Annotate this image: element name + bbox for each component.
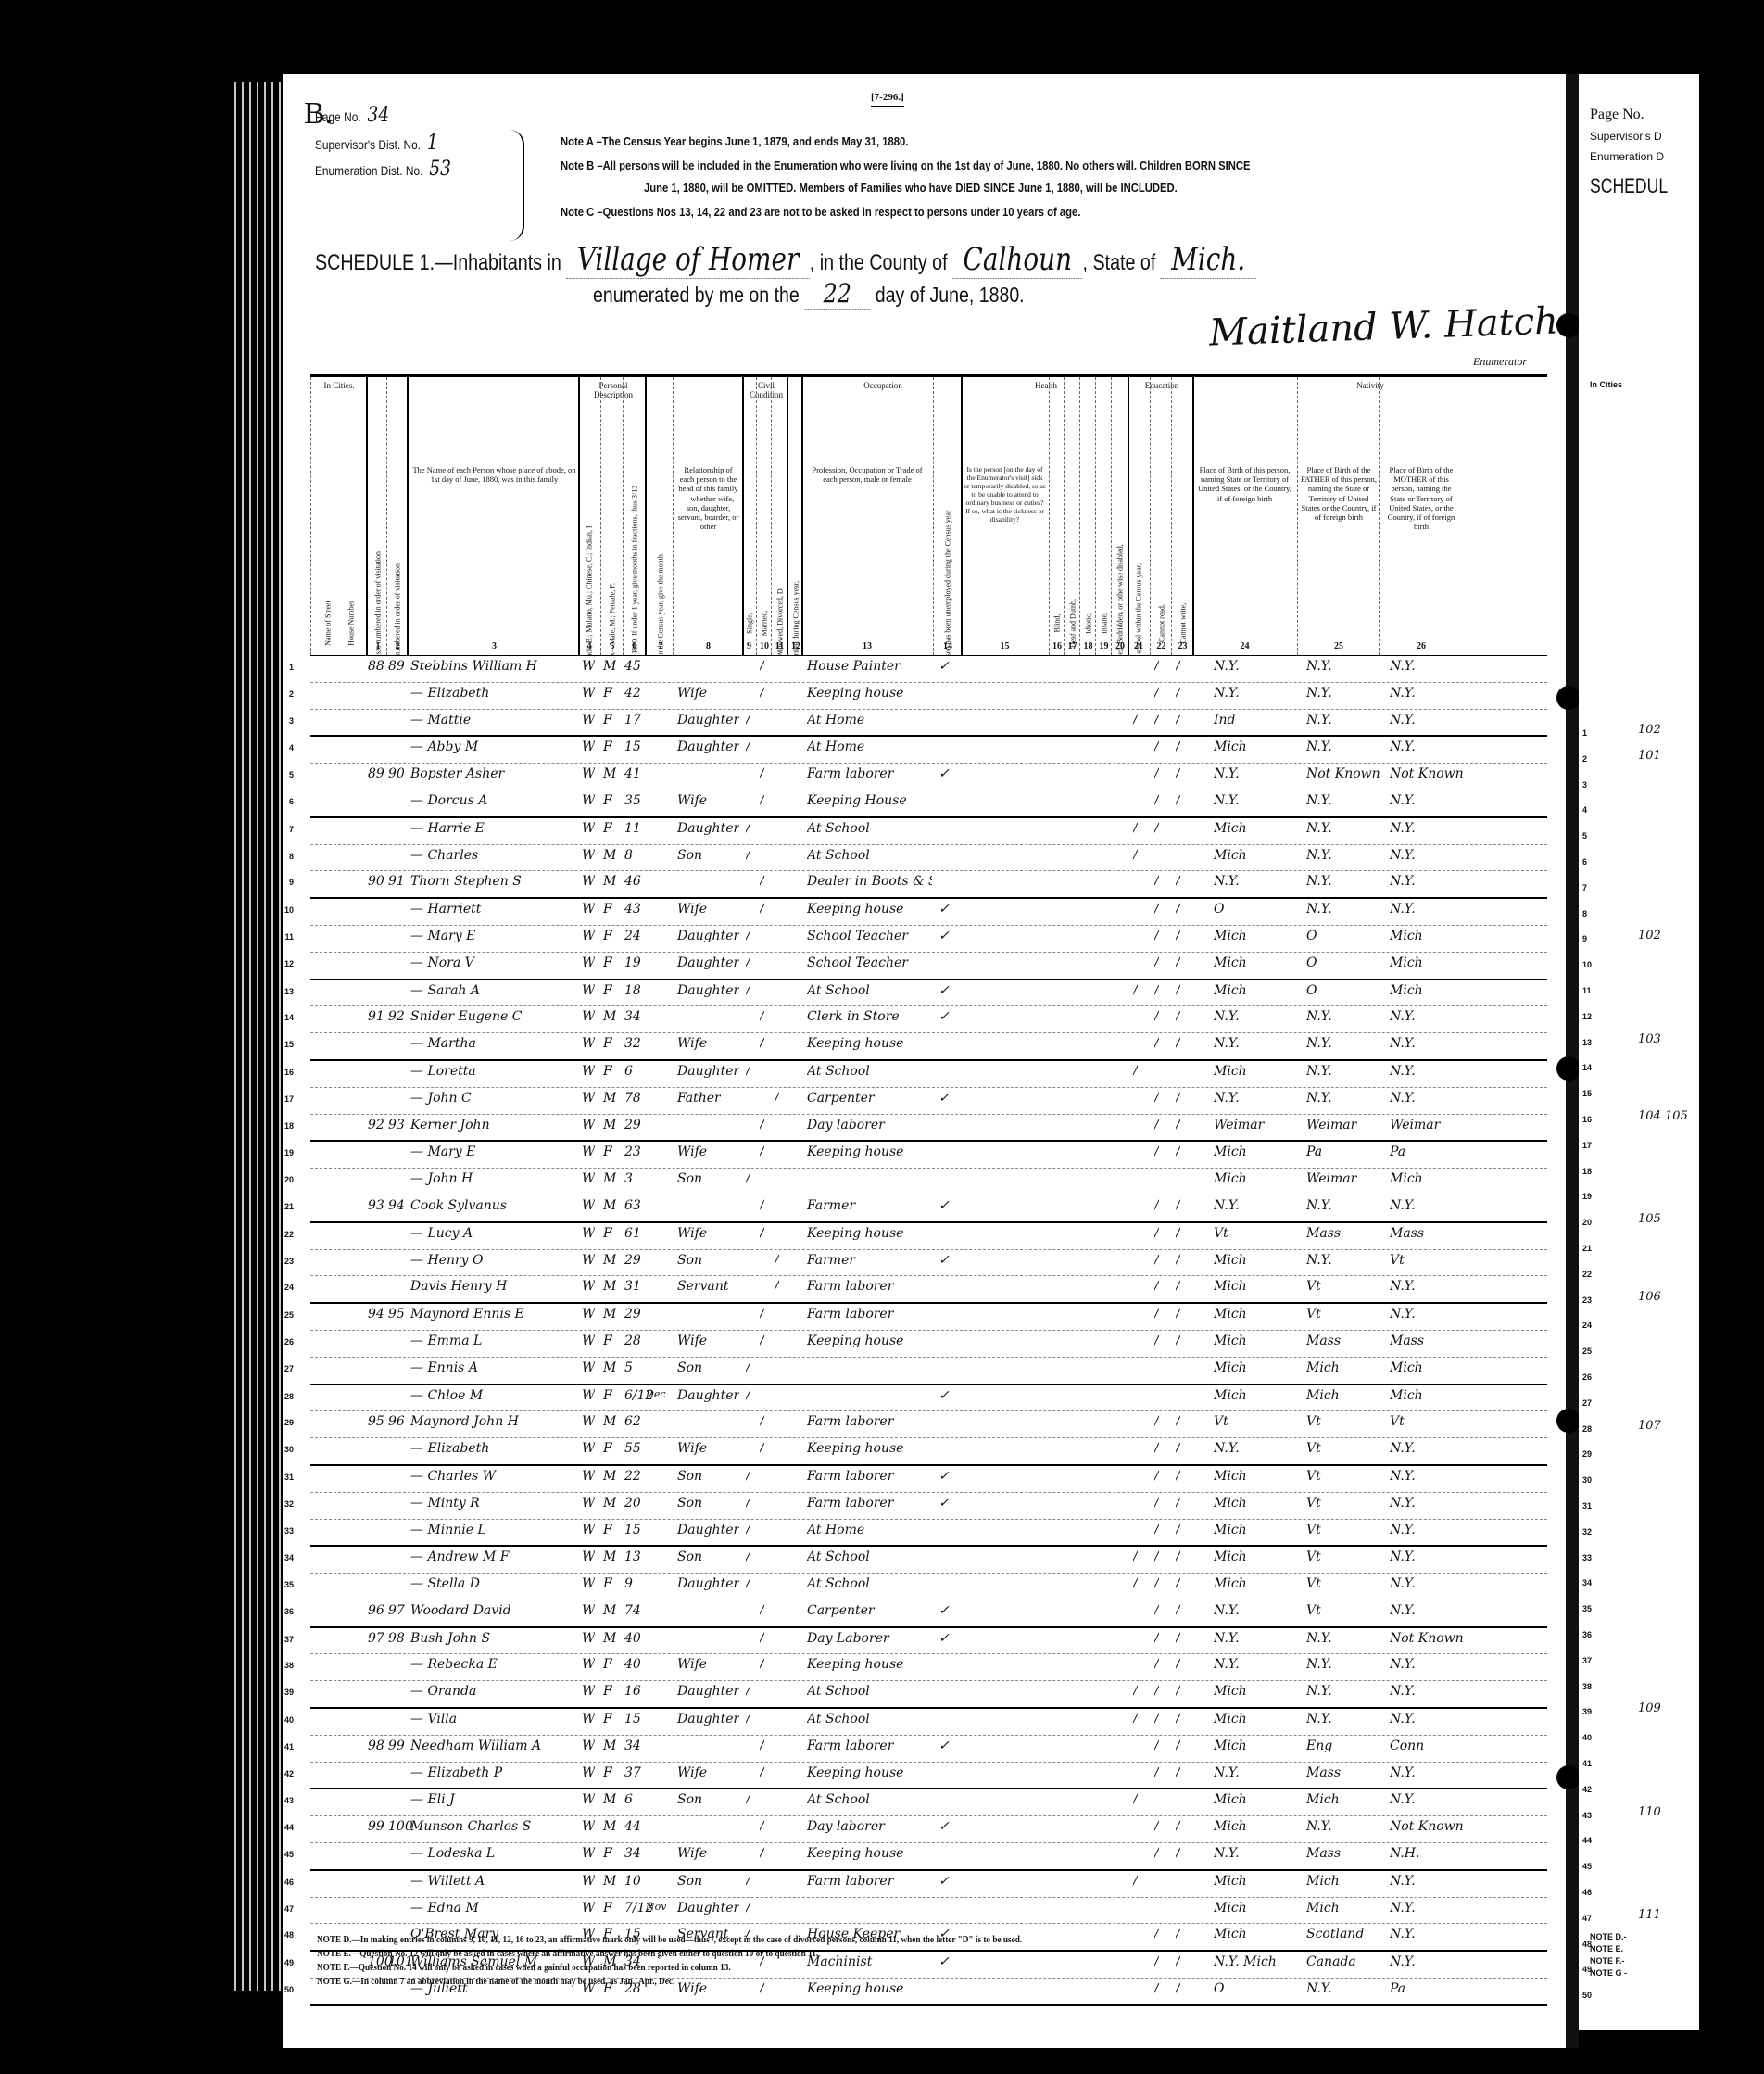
table-row: 35— Stella DWF9Daughter/At School///Mich…: [310, 1574, 1547, 1600]
age-header: Age at last birthday prior to June 1, 18…: [631, 486, 639, 655]
relationship-value: Wife: [677, 1226, 707, 1241]
relationship-value: Daughter: [677, 1523, 739, 1537]
birthplace-value: Weimar: [1214, 1118, 1292, 1132]
father-birthplace-value: N.Y.: [1306, 686, 1385, 701]
form-number: [7-296.]: [871, 92, 904, 107]
table-row: 11— Mary EWF24Daughter/School Teacher✓//…: [310, 926, 1547, 953]
col-20-maimed: Maimed, Crippled, Bedridden, or otherwis…: [1111, 377, 1128, 655]
mother-birthplace-value: N.Y.: [1390, 1549, 1468, 1564]
next-page-line-number: 29: [1582, 1449, 1592, 1459]
school-mark: /: [1133, 1064, 1138, 1079]
school-mark: /: [1133, 848, 1138, 863]
occupation-value: At School: [807, 848, 932, 863]
person-name: Stebbins William H: [410, 659, 577, 674]
next-page-line-number: 47: [1582, 1914, 1592, 1923]
cannot-read-mark: /: [1154, 1576, 1159, 1591]
single-mark: /: [746, 821, 750, 836]
mother-birthplace-value: N.Y.: [1390, 1279, 1468, 1294]
cannot-read-mark: /: [1154, 1603, 1159, 1618]
birthplace-value: N.Y.: [1214, 1657, 1292, 1672]
single-mark: /: [746, 1064, 750, 1079]
mother-birthplace-value: Pa: [1390, 1144, 1468, 1159]
mother-birthplace-value: Conn: [1390, 1739, 1468, 1753]
col-num: 5: [601, 641, 624, 651]
next-enumeration-label: Enumeration D: [1590, 150, 1664, 163]
born-month-value: Dec: [646, 1388, 666, 1400]
birthplace-value: N.Y.: [1214, 766, 1292, 781]
person-name: — Mary E: [410, 929, 577, 943]
line-number: 31: [275, 1473, 294, 1482]
relationship-value: Wife: [677, 1765, 707, 1780]
married-mark: /: [760, 1334, 764, 1348]
next-page-line-number: 4: [1582, 805, 1587, 815]
single-header: Single,: [745, 613, 753, 633]
birthplace-value: Mich: [1214, 1819, 1292, 1834]
maimed-header: Maimed, Crippled, Bedridden, or otherwis…: [1116, 544, 1125, 655]
cannot-read-mark: /: [1154, 1657, 1159, 1672]
next-note-f: NOTE F.-: [1590, 1956, 1625, 1966]
relationship-value: Servant: [677, 1279, 728, 1294]
cannot-write-mark: /: [1176, 713, 1180, 727]
birthplace-value: Mich: [1214, 1712, 1292, 1726]
father-birthplace-value: Vt: [1306, 1496, 1385, 1511]
age-value: 78: [624, 1091, 641, 1106]
unemployed-mark: ✓: [939, 766, 950, 781]
cannot-write-mark: /: [1176, 929, 1180, 943]
relationship-value: Wife: [677, 1036, 707, 1051]
col-1-dwelling: Dwelling houses numbered in order of vis…: [366, 377, 388, 655]
father-birthplace-value: O: [1306, 983, 1385, 998]
table-row: 4— Abby MWF15Daughter/At Home//MichN.Y.N…: [310, 737, 1547, 764]
birthplace-value: Mich: [1214, 1307, 1292, 1322]
birthplace-value: O: [1214, 1981, 1292, 1996]
age-value: 31: [624, 1279, 641, 1294]
mother-birthplace-value: Mich: [1390, 1360, 1468, 1375]
col-num: 26: [1380, 641, 1463, 651]
relationship-value: Son: [677, 1171, 702, 1186]
unemployed-mark: ✓: [939, 1874, 950, 1889]
single-mark: /: [746, 740, 750, 754]
color-value: W: [582, 874, 595, 889]
mother-birthplace-value: Mich: [1390, 1171, 1468, 1186]
col-4-color: Color—White, W.; Black, B.; Mulatto, Mu.…: [578, 377, 600, 655]
line-number: 34: [275, 1553, 294, 1562]
father-birthplace-value: Vt: [1306, 1603, 1385, 1618]
birthplace-value: N.Y.: [1214, 1198, 1292, 1213]
occupation-value: Keeping house: [807, 1036, 932, 1051]
col-21-school: Attended school within the Census year,2…: [1128, 377, 1150, 655]
enumerator-label: Enumerator: [1473, 355, 1527, 369]
occupation-value: At School: [807, 1792, 932, 1807]
col-num: 20: [1112, 641, 1128, 651]
mother-birthplace-value: N.Y.: [1390, 848, 1468, 863]
col-13-occupation: Profession, Occupation or Trade of each …: [801, 377, 933, 655]
color-value: W: [582, 983, 595, 998]
table-row: 27— Ennis AWM5Son/MichMichMich: [310, 1358, 1547, 1385]
line-number: 33: [275, 1526, 294, 1536]
father-birthplace-value: N.Y.: [1306, 1712, 1385, 1726]
single-mark: /: [746, 983, 750, 998]
line-number: 26: [275, 1337, 294, 1347]
person-name: — Emma L: [410, 1334, 577, 1348]
line-number: 22: [275, 1230, 294, 1239]
next-note-e: NOTE E.: [1590, 1944, 1623, 1954]
father-birthplace-value: Weimar: [1306, 1171, 1385, 1186]
father-birthplace-value: N.Y.: [1306, 902, 1385, 917]
birthplace-value: Mich: [1214, 1171, 1292, 1186]
father-birthplace-value: N.Y.: [1306, 1253, 1385, 1268]
next-page-line-number: 24: [1582, 1321, 1592, 1330]
age-value: 15: [624, 1712, 641, 1726]
occupation-value: At Home: [807, 740, 932, 754]
birthplace-value: Mich: [1214, 983, 1292, 998]
line-number: 21: [275, 1202, 294, 1211]
line-number: 32: [275, 1499, 294, 1509]
age-value: 43: [624, 902, 641, 917]
age-value: 74: [624, 1603, 641, 1618]
next-page-line-number: 37: [1582, 1656, 1592, 1665]
occupation-value: Keeping house: [807, 1846, 932, 1861]
note-b-line-1: Note B –All persons will be included in …: [561, 159, 1250, 172]
cannot-read-mark: /: [1154, 713, 1159, 727]
color-value: W: [582, 766, 595, 781]
unemployed-mark: ✓: [939, 1739, 950, 1753]
school-mark: /: [1133, 713, 1138, 727]
sex-value: M: [603, 1414, 616, 1429]
age-value: 34: [624, 1009, 641, 1024]
mother-birthplace-value: N.Y.: [1390, 1684, 1468, 1699]
col-num: 6: [624, 641, 646, 651]
unemployed-mark: ✓: [939, 1631, 950, 1646]
occupation-value: Keeping house: [807, 686, 932, 701]
table-row: 22— Lucy AWF61Wife/Keeping house//VtMass…: [310, 1223, 1547, 1250]
cannot-write-mark: /: [1176, 1469, 1180, 1484]
cannot-read-mark: /: [1154, 1279, 1159, 1294]
single-mark: /: [746, 1469, 750, 1484]
cannot-read-mark: /: [1154, 1118, 1159, 1132]
age-value: 15: [624, 1523, 641, 1537]
relationship-value: Daughter: [677, 955, 739, 970]
book-spine-edge: [232, 82, 283, 1991]
line-number: 24: [275, 1283, 294, 1292]
age-value: 29: [624, 1118, 641, 1132]
mother-birthplace-value: N.Y.: [1390, 1874, 1468, 1889]
col-3-name: The Name of each Person whose place of a…: [407, 377, 580, 655]
sex-value: M: [603, 1279, 616, 1294]
next-page-line-number: 22: [1582, 1270, 1592, 1279]
age-value: 44: [624, 1819, 641, 1834]
single-mark: /: [746, 1874, 750, 1889]
occupation-value: Machinist: [807, 1954, 932, 1969]
next-page-line-number: 21: [1582, 1244, 1592, 1253]
col-num: 19: [1096, 641, 1112, 651]
age-value: 42: [624, 686, 641, 701]
color-value: W: [582, 1792, 595, 1807]
table-row: 299596Maynord John HWM62/Farm laborer//V…: [310, 1411, 1547, 1438]
col-num: 17: [1065, 641, 1080, 651]
sick-header: Is the person [on the day of the Enumera…: [964, 465, 1046, 524]
color-value: W: [582, 1819, 595, 1834]
school-mark: /: [1133, 1792, 1138, 1807]
school-mark: /: [1133, 1549, 1138, 1564]
line-number: 38: [275, 1661, 294, 1670]
widowed-mark: /: [775, 1253, 779, 1268]
person-name: — Minnie L: [410, 1523, 577, 1537]
next-page-line-number: 27: [1582, 1398, 1592, 1408]
cannot-write-mark: /: [1176, 1657, 1180, 1672]
age-value: 10: [624, 1874, 641, 1889]
col-16-blind: Blind,16: [1049, 377, 1065, 655]
age-value: 20: [624, 1496, 641, 1511]
footer-note-g: NOTE G.—In column 7 an abbreviation in t…: [317, 1977, 674, 1987]
col-num: 2: [387, 641, 408, 651]
single-mark: /: [746, 1523, 750, 1537]
col-9-single: Single,9: [742, 377, 756, 655]
mother-birthplace-value: Mass: [1390, 1334, 1468, 1348]
color-value: W: [582, 1226, 595, 1241]
mother-birthplace-value: N.Y.: [1390, 1198, 1468, 1213]
father-birthplace-value: N.Y.: [1306, 1036, 1385, 1051]
relationship-value: Daughter: [677, 929, 739, 943]
occupation-value: Farm laborer: [807, 1414, 932, 1429]
married-mark: /: [760, 1441, 764, 1456]
birthplace-value: Mich: [1214, 1064, 1292, 1079]
person-name: — Charles: [410, 848, 577, 863]
color-value: W: [582, 1469, 595, 1484]
single-mark: /: [746, 1496, 750, 1511]
occupation-value: At Home: [807, 713, 932, 727]
cannot-read-mark: /: [1154, 1091, 1159, 1106]
age-value: 41: [624, 766, 641, 781]
color-value: W: [582, 740, 595, 754]
father-birthplace-value: N.Y.: [1306, 1064, 1385, 1079]
mother-birthplace-value: N.Y.: [1390, 821, 1468, 836]
next-page-line-number: 13: [1582, 1038, 1592, 1047]
relationship-value: Son: [677, 1253, 702, 1268]
line-number: 17: [275, 1094, 294, 1104]
married-mark: /: [760, 874, 764, 889]
unemployed-mark: ✓: [939, 1469, 950, 1484]
census-rows: 18889Stebbins William HWM45/House Painte…: [310, 656, 1547, 2006]
occupation-value: At School: [807, 1064, 932, 1079]
line-number: 28: [275, 1392, 294, 1401]
next-page-line-number: 50: [1582, 1991, 1592, 2000]
school-mark: /: [1133, 821, 1138, 836]
cannot-write-mark: /: [1176, 1712, 1180, 1726]
mother-birthplace-value: N.Y.: [1390, 874, 1468, 889]
cannot-write-header: Cannot write,: [1178, 603, 1187, 644]
line-number: 8: [275, 852, 294, 861]
age-value: 19: [624, 955, 641, 970]
age-value: 16: [624, 1684, 641, 1699]
county-label: , in the County of: [810, 250, 948, 275]
mother-birthplace-value: N.Y.: [1390, 793, 1468, 808]
birthplace-value: Mich: [1214, 1144, 1292, 1159]
occupation-value: Day laborer: [807, 1819, 932, 1834]
father-birthplace-value: Mass: [1306, 1765, 1385, 1780]
table-row: 149192Snider Eugene CWM34/Clerk in Store…: [310, 1006, 1547, 1033]
birthplace-value: Mich: [1214, 955, 1292, 970]
col-10-married: Married,10: [756, 377, 772, 655]
col-num: 24: [1192, 641, 1297, 651]
sex-value: F: [603, 1846, 612, 1861]
col-num: 10: [757, 641, 772, 651]
father-birthplace-value: N.Y.: [1306, 848, 1385, 863]
father-birthplace-value: N.Y.: [1306, 793, 1385, 808]
table-row: 45— Lodeska LWF34Wife/Keeping house//N.Y…: [310, 1843, 1547, 1871]
table-row: 33— Minnie LWF15Daughter/At Home//MichVt…: [310, 1520, 1547, 1548]
mother-birthplace-value: N.Y.: [1390, 1469, 1468, 1484]
father-birthplace-value: Mich: [1306, 1360, 1385, 1375]
place-value: Village of Homer: [566, 241, 810, 279]
sex-value: F: [603, 1334, 612, 1348]
birthplace-value: Mich: [1214, 740, 1292, 754]
cannot-write-mark: /: [1176, 1523, 1180, 1537]
family-number: 99: [388, 1739, 405, 1753]
table-row: 99091Thorn Stephen SWM46/Dealer in Boots…: [310, 871, 1547, 899]
table-row: 3— MattieWF17Daughter/At Home///IndN.Y.N…: [310, 710, 1547, 738]
family-number: 89: [388, 659, 405, 674]
person-name: Bush John S: [410, 1631, 577, 1646]
house-number-header: House Number: [347, 601, 356, 646]
married-mark: /: [760, 1036, 764, 1051]
sex-value: M: [603, 1496, 616, 1511]
line-number: 41: [275, 1742, 294, 1752]
line-number: 10: [275, 905, 294, 915]
binder-hole: [1556, 1765, 1581, 1789]
cannot-read-mark: /: [1154, 766, 1159, 781]
cannot-read-mark: /: [1154, 1631, 1159, 1646]
person-name: — Villa: [410, 1712, 577, 1726]
mother-birthplace-value: N.Y.: [1390, 1901, 1468, 1916]
cannot-read-mark: /: [1154, 1981, 1159, 1996]
father-birthplace-value: Vt: [1306, 1523, 1385, 1537]
table-row: 419899Needham William AWM34/Farm laborer…: [310, 1736, 1547, 1763]
occupation-header: Profession, Occupation or Trade of each …: [804, 465, 930, 484]
cannot-read-mark: /: [1154, 1927, 1159, 1941]
col-num: 14: [934, 641, 962, 651]
mother-birthplace-value: Not Known: [1390, 766, 1468, 781]
next-page-line-number: 36: [1582, 1630, 1592, 1639]
next-page-line-number: 26: [1582, 1372, 1592, 1382]
sex-value: F: [603, 902, 612, 917]
cannot-read-mark: /: [1154, 1036, 1159, 1051]
age-value: 11: [624, 821, 641, 836]
age-value: 23: [624, 1144, 641, 1159]
col-num: 16: [1050, 641, 1065, 651]
col-in-cities: In Cities. Name of Street House Number: [310, 377, 367, 655]
note-c: Note C –Questions Nos 13, 14, 22 and 23 …: [561, 206, 1080, 219]
occupation-value: Farm laborer: [807, 1496, 932, 1511]
occupation-value: Keeping house: [807, 1981, 932, 1996]
table-row: 19— Mary EWF23Wife/Keeping house//MichPa…: [310, 1142, 1547, 1169]
person-name: — Willett A: [410, 1874, 577, 1889]
next-note-g: NOTE G -: [1590, 1968, 1627, 1978]
cannot-read-mark: /: [1154, 1739, 1159, 1753]
birthplace-value: Mich: [1214, 821, 1292, 836]
sex-value: F: [603, 1657, 612, 1672]
col-num: 11: [772, 641, 787, 651]
father-birthplace-header: Place of Birth of the FATHER of this per…: [1301, 465, 1377, 522]
sex-value: F: [603, 686, 612, 701]
color-value: W: [582, 1198, 595, 1213]
next-page-line-number: 2: [1582, 754, 1587, 764]
line-number: 29: [275, 1418, 294, 1427]
table-row: 20— John HWM3Son/MichWeimarMich: [310, 1169, 1547, 1195]
table-row: 4499100Munson Charles SWM44/Day laborer✓…: [310, 1816, 1547, 1843]
color-value: W: [582, 902, 595, 917]
cannot-read-mark: /: [1154, 874, 1159, 889]
person-name: — Harrie E: [410, 821, 577, 836]
next-page-dwelling-number: 102: [1638, 723, 1661, 737]
insane-header: Insane,: [1100, 613, 1108, 634]
table-row: 259495Maynord Ennis EWM29/Farm laborer//…: [310, 1304, 1547, 1331]
married-mark: /: [760, 902, 764, 917]
father-birthplace-value: Mass: [1306, 1846, 1385, 1861]
single-mark: /: [746, 929, 750, 943]
next-page-line-number: 5: [1582, 831, 1587, 841]
color-value: W: [582, 1441, 595, 1456]
cannot-write-mark: /: [1176, 1631, 1180, 1646]
single-mark: /: [746, 1901, 750, 1916]
next-page-dwelling-number: 109: [1638, 1701, 1661, 1715]
color-value: W: [582, 1144, 595, 1159]
occupation-value: Dealer in Boots & Shoes: [807, 874, 932, 889]
cannot-write-mark: /: [1176, 793, 1180, 808]
age-value: 24: [624, 929, 641, 943]
col-num: 15: [961, 641, 1049, 651]
father-birthplace-value: Vt: [1306, 1469, 1385, 1484]
father-birthplace-value: Mich: [1306, 1874, 1385, 1889]
color-value: W: [582, 1414, 595, 1429]
person-name: — Chloe M: [410, 1388, 577, 1403]
unemployed-mark: ✓: [939, 983, 950, 998]
col-24-birthplace: Place of Birth of this person, naming St…: [1192, 377, 1297, 655]
cannot-read-mark: /: [1154, 1712, 1159, 1726]
person-name: Cook Sylvanus: [410, 1198, 577, 1213]
col-num: 7: [647, 641, 674, 651]
occupation-value: At School: [807, 1576, 932, 1591]
name-header: The Name of each Person whose place of a…: [411, 465, 577, 484]
color-value: W: [582, 1360, 595, 1375]
table-row: 30— ElizabethWF55Wife/Keeping house//N.Y…: [310, 1438, 1547, 1466]
person-name: Bopster Asher: [410, 766, 577, 781]
sex-value: F: [603, 1388, 612, 1403]
cannot-write-mark: /: [1176, 1954, 1180, 1969]
cannot-read-mark: /: [1154, 1307, 1159, 1322]
table-row: 15— MarthaWF32Wife/Keeping house//N.Y.N.…: [310, 1033, 1547, 1061]
unemployed-mark: ✓: [939, 1198, 950, 1213]
mother-birthplace-value: N.Y.: [1390, 1954, 1468, 1969]
mother-birthplace-value: Vt: [1390, 1253, 1468, 1268]
relationship-value: Son: [677, 1792, 702, 1807]
occupation-value: House Painter: [807, 659, 932, 674]
occupation-value: At School: [807, 1712, 932, 1726]
sex-value: F: [603, 955, 612, 970]
father-birthplace-value: N.Y.: [1306, 1198, 1385, 1213]
cannot-read-mark: /: [1154, 1253, 1159, 1268]
person-name: Snider Eugene C: [410, 1009, 577, 1024]
next-page-line-number: 15: [1582, 1089, 1592, 1098]
col-2-family: Families numbered in order of visitation…: [386, 377, 408, 655]
cannot-read-mark: /: [1154, 740, 1159, 754]
born-month-header: If born within the Census year, give the…: [657, 554, 665, 655]
cannot-write-mark: /: [1176, 1334, 1180, 1348]
age-value: 62: [624, 1414, 641, 1429]
footer-note-f: NOTE F.—Question No. 14 will only be ask…: [317, 1963, 731, 1973]
table-row: 12— Nora VWF19Daughter/School Teacher//M…: [310, 953, 1547, 980]
cannot-read-mark: /: [1154, 929, 1159, 943]
